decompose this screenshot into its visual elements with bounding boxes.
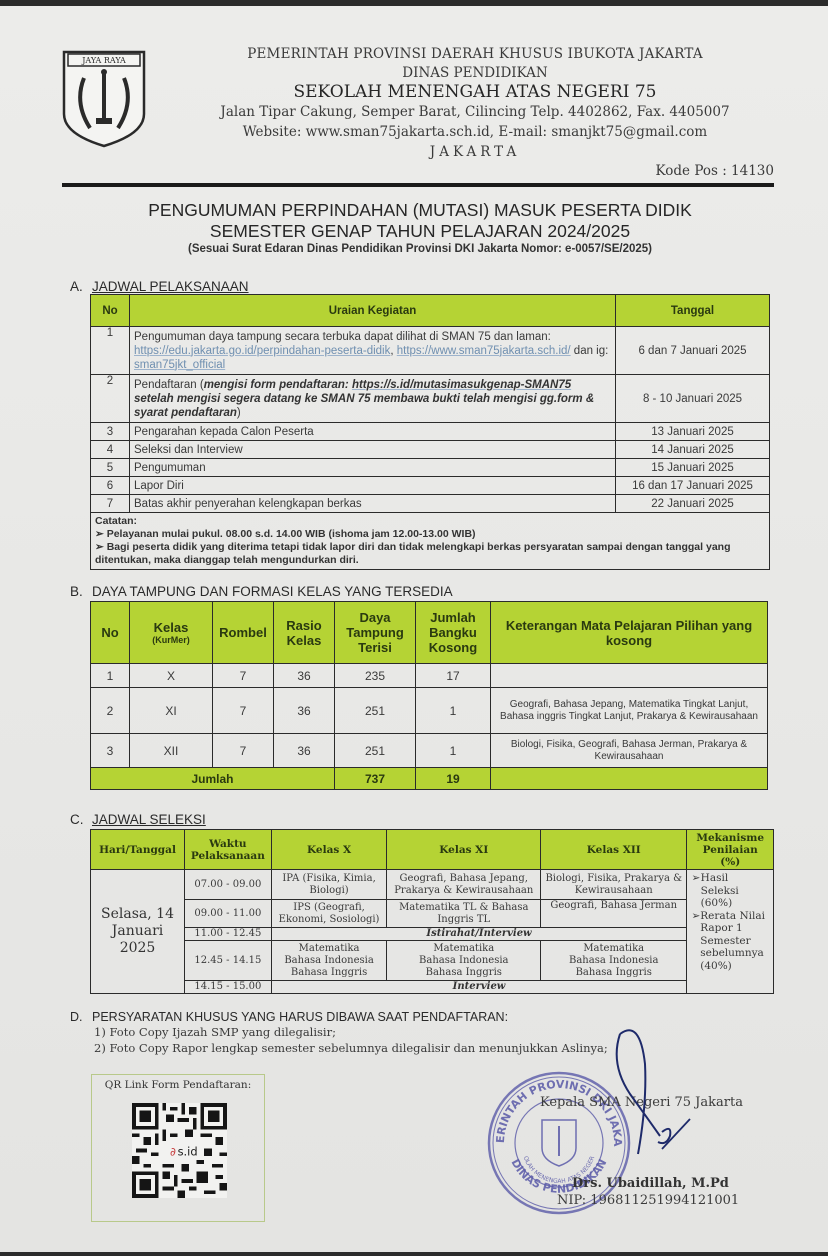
table-row: 1 Pengumuman daya tampung secara terbuka…: [91, 327, 770, 375]
table-row: 1 X 7 36 235 17: [91, 664, 768, 688]
header-school-name: SEKOLAH MENENGAH ATAS NEGERI 75: [150, 82, 800, 102]
selection-schedule-table: Hari/Tanggal Waktu Pelaksanaan Kelas X K…: [90, 829, 774, 994]
schedule-table: No Uraian Kegiatan Tanggal 1 Pengumuman …: [90, 294, 770, 570]
note-item: ➢ Bagi peserta didik yang diterima tetap…: [95, 541, 765, 567]
header-government: PEMERINTAH PROVINSI DAERAH KHUSUS IBUKOT…: [150, 46, 800, 62]
table-row: 14.15 - 15.00 Interview: [91, 981, 774, 994]
doc-title-line2: SEMESTER GENAP TAHUN PELAJARAN 2024/2025: [60, 221, 780, 242]
capacity-table: No Kelas(KurMer) Rombel Rasio Kelas Daya…: [90, 601, 768, 790]
header-city: JAKARTA: [150, 144, 800, 160]
table-row: 09.00 - 11.00 IPS (Geografi, Ekonomi, So…: [91, 900, 774, 928]
total-row: Jumlah 737 19: [91, 768, 768, 790]
table-row: Selasa, 14 Januari 2025 07.00 - 09.00 IP…: [91, 870, 774, 900]
requirement-item: 1) Foto Copy Ijazah SMP yang dilegalisir…: [70, 1024, 608, 1040]
header-contact: Website: www.sman75jakarta.sch.id, E-mai…: [150, 124, 800, 140]
header-divider: [62, 183, 774, 187]
col-kegiatan: Uraian Kegiatan: [130, 295, 616, 327]
note-item: ➢ Pelayanan mulai pukul. 08.00 s.d. 14.0…: [95, 528, 765, 541]
svg-text:s.id: s.id: [178, 1144, 198, 1158]
section-d-heading: D.PERSYARATAN KHUSUS YANG HARUS DIBAWA S…: [70, 1010, 608, 1024]
assessment-mechanism: ➢Hasil Seleksi (60%) ➢Rerata Nilai Rapor…: [687, 870, 774, 994]
selection-day: Selasa, 14 Januari 2025: [91, 870, 185, 994]
table-row: 2 XI 7 36 251 1 Geografi, Bahasa Jepang,…: [91, 688, 768, 734]
jakarta-crest-logo: JAYA RAYA: [60, 48, 148, 148]
table-row: 4 Seleksi dan Interview 14 Januari 2025: [91, 441, 770, 459]
doc-title-line1: PENGUMUMAN PERPINDAHAN (MUTASI) MASUK PE…: [60, 200, 780, 221]
col-tanggal: Tanggal: [616, 295, 770, 327]
qr-label: QR Link Form Pendaftaran:: [92, 1079, 264, 1091]
notes-label: Catatan:: [95, 515, 765, 528]
section-a-heading: A.JADWAL PELAKSANAAN: [70, 279, 249, 294]
signatory-name: Drs. Ubaidillah, M.Pd: [572, 1176, 729, 1191]
qr-code[interactable]: ∂ s.id: [132, 1103, 227, 1198]
svg-text:∂: ∂: [170, 1144, 176, 1158]
school-website-link[interactable]: https://www.sman75jakarta.sch.id/: [397, 345, 571, 357]
table-row: 6 Lapor Diri 16 dan 17 Januari 2025: [91, 477, 770, 495]
table-row: 3 XII 7 36 251 1 Biologi, Fisika, Geogra…: [91, 734, 768, 768]
document-page: JAYA RAYA PEMERINTAH PROVINSI DAERAH KHU…: [0, 6, 828, 1252]
signatory-nip: NIP: 196811251994121001: [557, 1193, 739, 1208]
svg-text:JAYA RAYA: JAYA RAYA: [81, 56, 126, 65]
col-no: No: [91, 295, 130, 327]
handwritten-signature: [600, 1024, 700, 1159]
table-row: 3 Pengarahan kepada Calon Peserta 13 Jan…: [91, 423, 770, 441]
registration-form-link[interactable]: https://s.id/mutasimasukgenap-SMAN75: [352, 379, 571, 391]
table-row: 11.00 - 12.45 Istirahat/Interview: [91, 928, 774, 941]
table-row: 5 Pengumuman 15 Januari 2025: [91, 459, 770, 477]
notes-cell: Catatan: ➢ Pelayanan mulai pukul. 08.00 …: [91, 513, 770, 570]
requirement-item: 2) Foto Copy Rapor lengkap semester sebe…: [70, 1040, 608, 1056]
table-row: 2 Pendaftaran (mengisi form pendaftaran:…: [91, 375, 770, 423]
table-row: 12.45 - 14.15 Matematika Bahasa Indonesi…: [91, 941, 774, 981]
doc-subtitle: (Sesuai Surat Edaran Dinas Pendidikan Pr…: [60, 243, 780, 255]
qr-code-box: QR Link Form Pendaftaran: ∂ s.id: [91, 1074, 265, 1222]
header-address: Jalan Tipar Cakung, Semper Barat, Cilinc…: [150, 104, 800, 120]
section-c-heading: C.JADWAL SELEKSI: [70, 812, 206, 827]
instagram-link[interactable]: sman75jkt_official: [134, 359, 225, 371]
header-department: DINAS PENDIDIKAN: [150, 65, 800, 81]
edu-jakarta-link[interactable]: https://edu.jakarta.go.id/perpindahan-pe…: [134, 345, 390, 357]
requirements-section: D.PERSYARATAN KHUSUS YANG HARUS DIBAWA S…: [70, 1010, 608, 1056]
header-postal-code: Kode Pos : 14130: [656, 163, 774, 179]
section-b-heading: B.DAYA TAMPUNG DAN FORMASI KELAS YANG TE…: [70, 584, 453, 599]
table-row: 7 Batas akhir penyerahan kelengkapan ber…: [91, 495, 770, 513]
